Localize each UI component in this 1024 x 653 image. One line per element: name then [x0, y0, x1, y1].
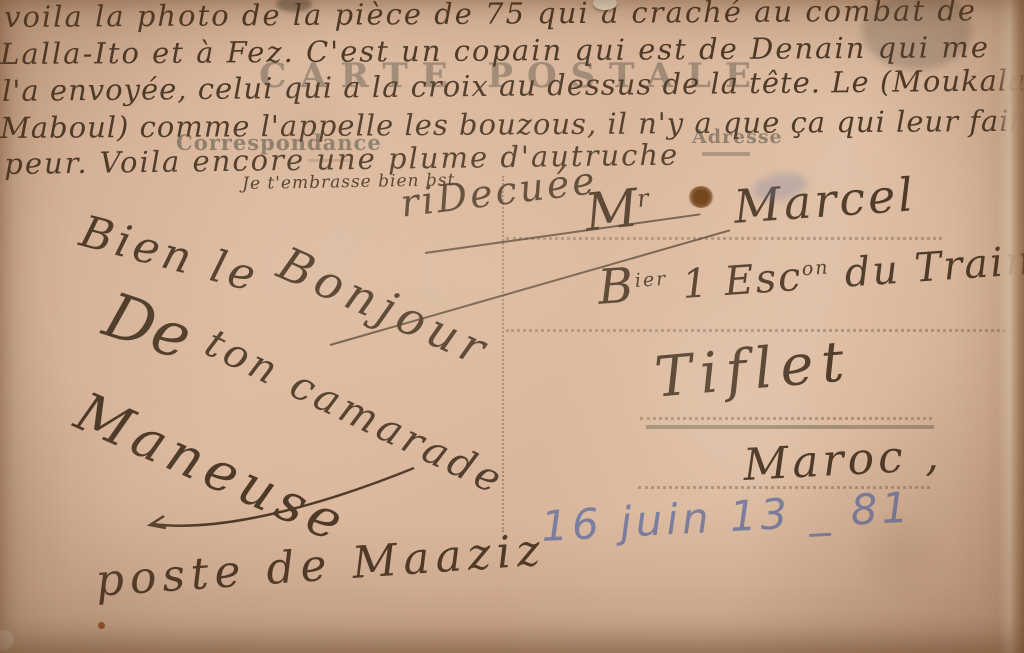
address-country: Maroc , — [742, 430, 944, 491]
message-line-4: Maboul) comme l'appelle les bouzous, il … — [0, 104, 1022, 145]
unit-squadron-superscript: on — [801, 256, 830, 280]
unit-abbrev-superscript: ier — [634, 268, 668, 292]
address-unit-line: Bier 1 Escon du Train — [596, 230, 1024, 316]
address-dotted-line-3 — [640, 417, 932, 420]
recipient-title-letter: M — [582, 178, 641, 243]
flourish-stroke-short — [425, 213, 701, 254]
rust-spot — [98, 622, 105, 629]
unit-abbrev-letter: B — [596, 257, 637, 315]
recipient-name: Marcel — [732, 167, 918, 234]
recipient-title: Mr — [582, 177, 653, 243]
address-ornament-rule — [702, 152, 750, 156]
recipient-title-superscript: r — [636, 184, 650, 213]
worn-right-edge — [998, 0, 1024, 653]
message-line-1: voila la photo de la pièce de 75 qui a c… — [4, 0, 977, 34]
postcard-back: CARTE POSTALE Correspondance Adresse voi… — [0, 0, 1024, 653]
address-dotted-line-2 — [506, 329, 1012, 332]
greeting-line-1: Bien le — [75, 206, 265, 303]
unit-corps: du Train — [843, 238, 1024, 297]
city-underline-rule — [646, 425, 934, 429]
pencil-date-note: 16 juin 13 _ 81 — [540, 483, 913, 551]
ink-blot-stain — [688, 186, 714, 208]
unit-squadron: 1 Esc — [681, 254, 804, 308]
greeting-line-3: De — [95, 278, 200, 374]
corner-speck — [0, 630, 14, 650]
sender-underline-flourish — [130, 458, 430, 542]
address-city: Tiflet — [652, 329, 854, 411]
